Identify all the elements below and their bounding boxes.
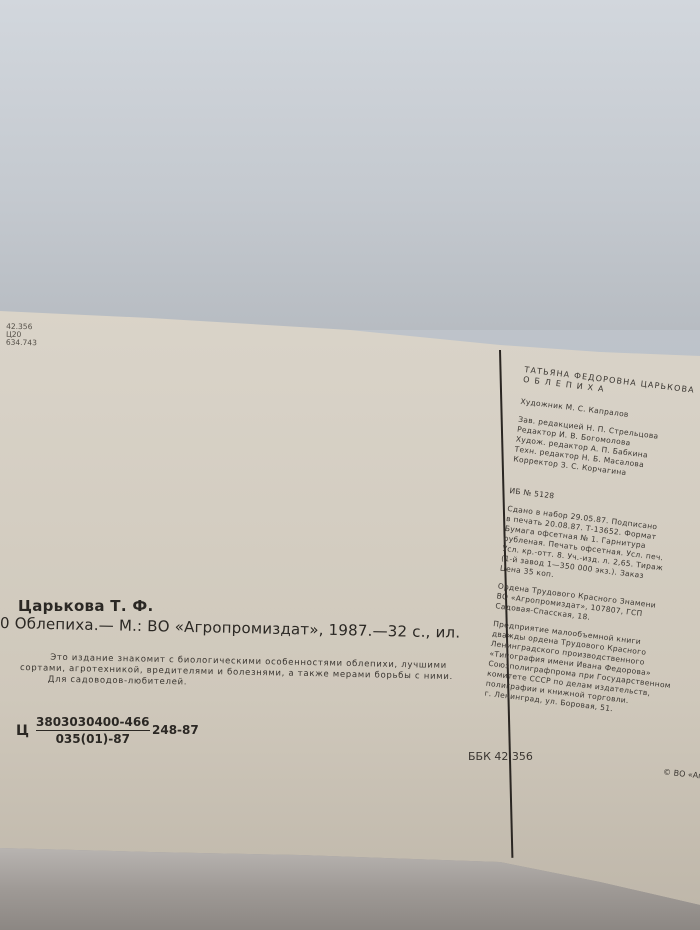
- classification-codes: 42.356 Ц20 634.743: [6, 323, 37, 348]
- code-line: 634.743: [6, 339, 37, 348]
- price-fraction: 3803030400-466 035(01)-87: [36, 715, 150, 746]
- price-number: 248-87: [152, 723, 199, 737]
- author-name: Царькова Т. Ф.: [18, 597, 154, 615]
- price-denominator: 035(01)-87: [36, 731, 150, 746]
- background-wall: [0, 0, 700, 330]
- photo-scene: 42.356 Ц20 634.743 Царькова Т. Ф. 0 Обле…: [0, 0, 700, 930]
- price-letter: Ц: [16, 723, 29, 739]
- price-numerator: 3803030400-466: [36, 715, 150, 731]
- bbk-code: ББК 42.356: [468, 750, 533, 763]
- index-prefix: 0: [0, 614, 10, 632]
